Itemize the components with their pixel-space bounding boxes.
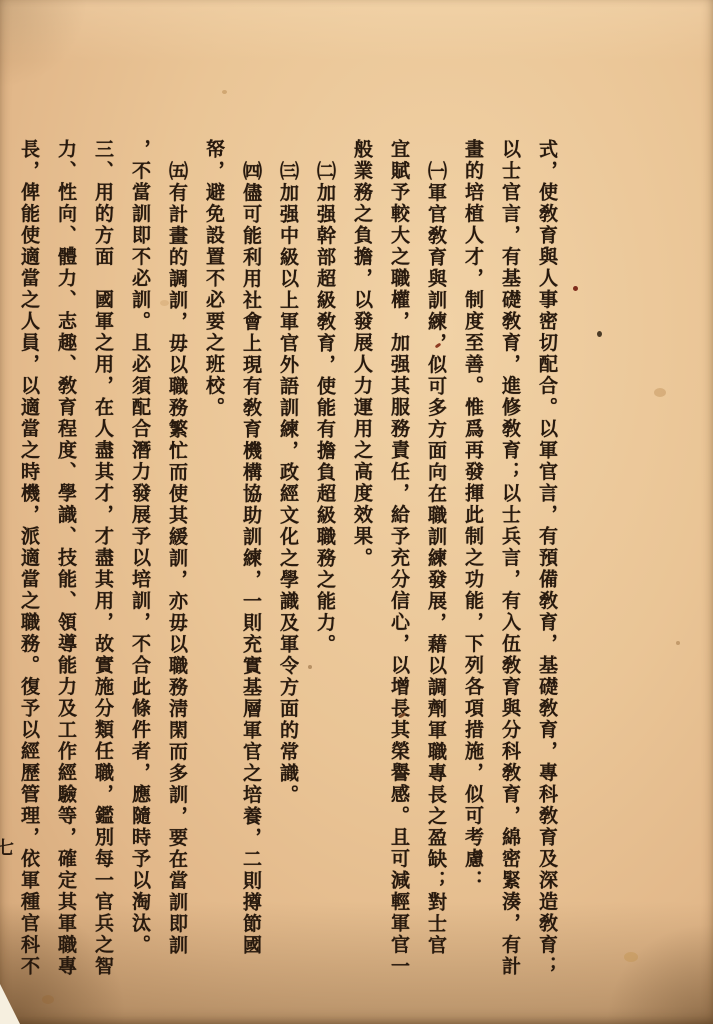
stain-speck — [654, 388, 666, 397]
text-column-item-3: ㈢加强中級以上軍官外語訓練，政經文化之學識及軍令方面的常識。 — [269, 139, 306, 991]
text-column: 式，使敎育與人事密切配合。以軍官言，有預備敎育，基礎敎育，專科敎育及深造敎育； — [528, 139, 565, 991]
text-column: ，不當訓即不必訓。且必須配合潛力發展予以培訓，不合此條件者，應隨時予以淘汰。 — [121, 139, 158, 991]
document-page: 式，使敎育與人事密切配合。以軍官言，有預備敎育，基礎敎育，專科敎育及深造敎育； … — [0, 0, 713, 1024]
text-column: 般業務之負擔，以發展人力運用之高度效果。 — [343, 139, 380, 991]
text-column: 宜賦予較大之職權，加强其服務責任，給予充分信心，以增長其榮譽感。且可減輕軍官一 — [380, 139, 417, 991]
stain-speck — [160, 300, 169, 306]
page-number-marker: 七 — [0, 838, 17, 856]
text-column-item-5: ㈤有計畫的調訓，毋以職務繁忙而使其緩訓，亦毋以職務淸閑而多訓，要在當訓即訓 — [158, 139, 195, 991]
stain-speck — [676, 641, 680, 645]
stain-speck — [42, 995, 54, 1004]
stain-speck — [624, 952, 638, 962]
section-heading-column: 三、用的方面 國軍之用，在人盡其才，才盡其用，故實施分類任職，鑑別每一官兵之智 — [84, 139, 121, 991]
text-column: 以士官言，有基礎敎育，進修敎育；以士兵言，有入伍敎育與分科敎育，綿密緊湊，有計 — [491, 139, 528, 991]
stain-speck — [597, 331, 602, 337]
body-text: 式，使敎育與人事密切配合。以軍官言，有預備敎育，基礎敎育，專科敎育及深造敎育； … — [10, 139, 565, 991]
text-column-item-2: ㈡加强幹部超級敎育，使能有擔負超級職務之能力。 — [306, 139, 343, 991]
text-column: 帑，避免設置不必要之班校。 — [195, 139, 232, 991]
text-column: 畫的培植人才，制度至善。惟爲再發揮此制之功能，下列各項措施，似可考慮： — [454, 139, 491, 991]
text-column: 長，俾能使適當之人員，以適當之時機，派適當之職務。復予以經歷管理，依軍種官科不 — [10, 139, 47, 991]
text-column-item-4: ㈣儘可能利用社會上現有敎育機構協助訓練，一則充實基層軍官之培養，二則撙節國 — [232, 139, 269, 991]
stain-speck — [573, 286, 578, 291]
text-column-item-1: ㈠軍官敎育與訓練，似可多方面向在職訓練發展，藉以調劑軍職專長之盈缺；對士官 — [417, 139, 454, 991]
text-column: 力、性向、體力、志趣、敎育程度、學識、技能、領導能力及工作經驗等，確定其軍職專 — [47, 139, 84, 991]
stain-speck — [222, 90, 227, 94]
stain-speck — [308, 665, 312, 669]
